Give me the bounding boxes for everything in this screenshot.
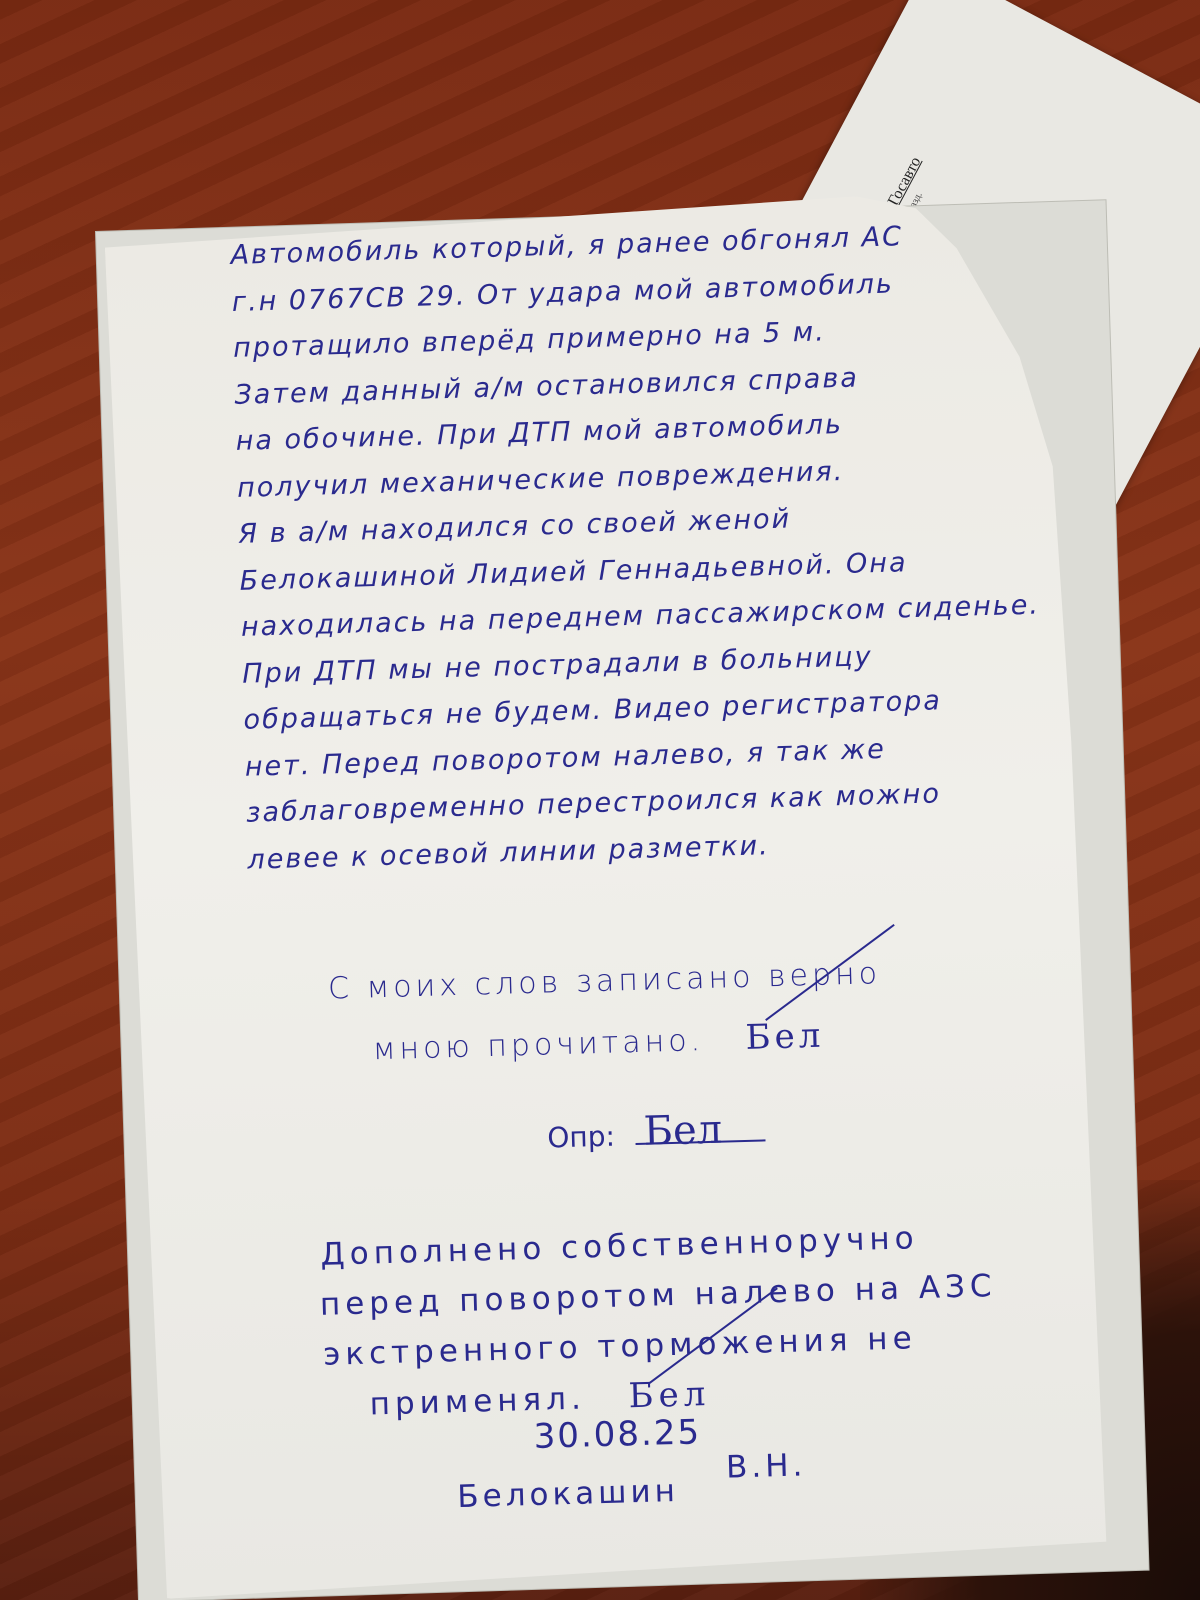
witness-signature: Бел (745, 1006, 825, 1068)
officer-label: Опр: (547, 1120, 615, 1155)
addendum-block: Дополнено собственноручно перед поворото… (150, 1209, 1058, 1523)
statement-content: Автомобиль который, я ранее обгонял АС г… (122, 211, 1058, 1524)
officer-signature: Бел (643, 1107, 723, 1155)
witness-signature-text: Бел (745, 1016, 825, 1058)
officer-signature-block: Опр: Бел (147, 1098, 1049, 1193)
statement-body: Автомобиль который, я ранее обгонял АС г… (122, 211, 1040, 887)
addendum-signature-text: Бел (628, 1374, 711, 1416)
signer-initials: В.Н. (726, 1447, 807, 1485)
signer-surname: Белокашин (457, 1473, 680, 1515)
addendum-signature: Бел (628, 1369, 711, 1421)
certification-block: С моих слов записано верно мною прочитан… (142, 940, 1045, 1087)
certification-line-2-text: мною прочитано. (372, 1023, 704, 1067)
